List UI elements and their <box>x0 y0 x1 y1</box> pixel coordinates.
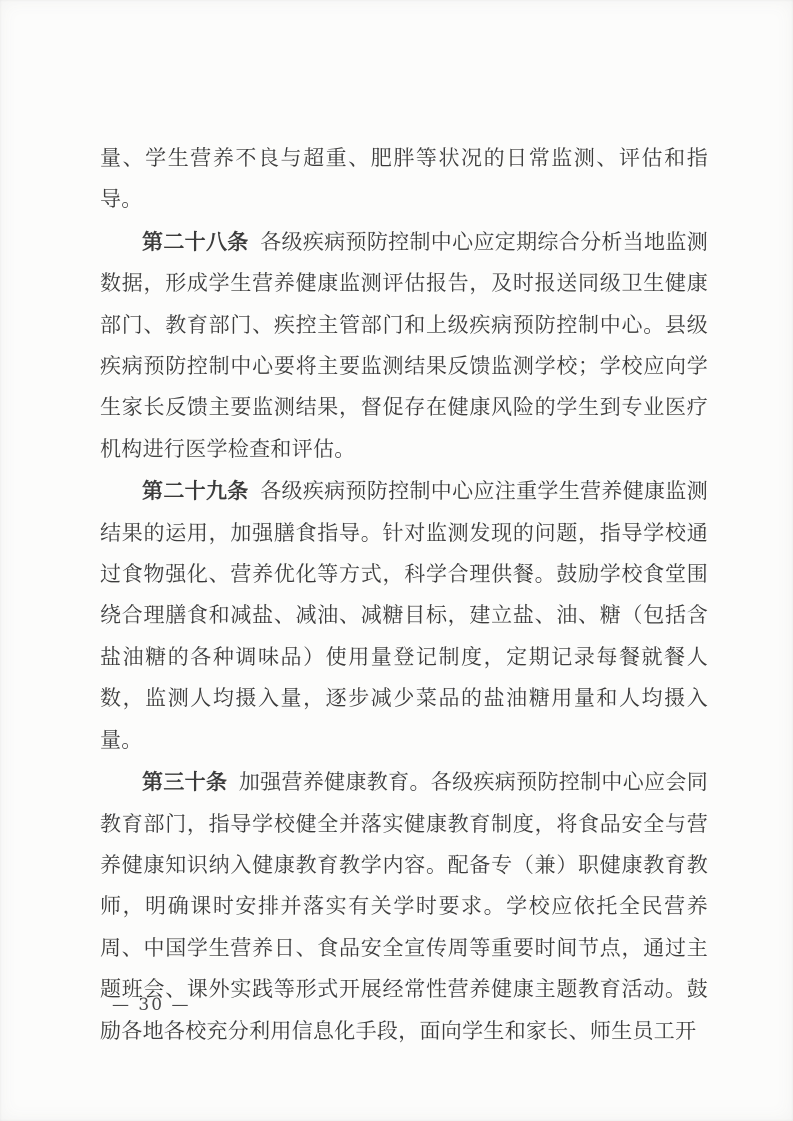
paragraph-article-29: 第二十九条各级疾病预防控制中心应注重学生营养健康监测结果的运用，加强膳食指导。针… <box>100 470 708 761</box>
article-number-label: 第二十八条 <box>142 229 249 254</box>
paragraph-text: 量、学生营养不良与超重、肥胖等状况的日常监测、评估和指导。 <box>100 146 708 211</box>
paragraph-continuation: 量、学生营养不良与超重、肥胖等状况的日常监测、评估和指导。 <box>100 138 708 221</box>
article-number-label: 第二十九条 <box>142 478 249 503</box>
paragraph-text: 加强营养健康教育。各级疾病预防控制中心应会同教育部门，指导学校健全并落实健康教育… <box>100 770 708 1042</box>
paragraph-text: 各级疾病预防控制中心应定期综合分析当地监测数据，形成学生营养健康监测评估报告，及… <box>100 230 708 461</box>
paragraph-article-30: 第三十条加强营养健康教育。各级疾病预防控制中心应会同教育部门，指导学校健全并落实… <box>100 761 708 1052</box>
scanned-document-page: 量、学生营养不良与超重、肥胖等状况的日常监测、评估和指导。 第二十八条各级疾病预… <box>0 0 793 1121</box>
paragraph-article-28: 第二十八条各级疾病预防控制中心应定期综合分析当地监测数据，形成学生营养健康监测评… <box>100 221 708 470</box>
page-number: — 30 — <box>112 995 190 1015</box>
document-body: 量、学生营养不良与超重、肥胖等状况的日常监测、评估和指导。 第二十八条各级疾病预… <box>100 138 708 1052</box>
page-footer: — 30 — <box>112 995 190 1015</box>
article-number-label: 第三十条 <box>142 769 227 794</box>
paragraph-text: 各级疾病预防控制中心应注重学生营养健康监测结果的运用，加强膳食指导。针对监测发现… <box>100 479 708 751</box>
